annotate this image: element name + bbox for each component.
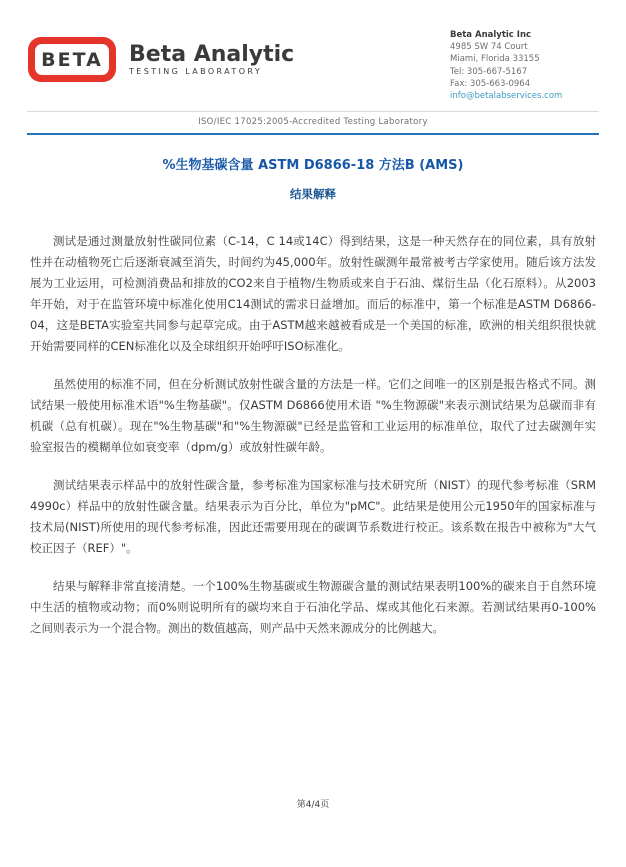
page-footer: 第4/4页 bbox=[0, 797, 626, 810]
paragraph-1: 测试是通过测量放射性碳同位素（C-14，C 14或14C）得到结果，这是一种天然… bbox=[30, 231, 596, 357]
brand-name: Beta Analytic bbox=[129, 43, 294, 67]
accreditation-text: ISO/IEC 17025:2005-Accredited Testing La… bbox=[27, 117, 599, 127]
paragraph-4: 结果与解释非常直接清楚。一个100%生物基碳或生物源碳含量的测试结果表明100%… bbox=[30, 576, 596, 639]
beta-logo-badge-text: BETA bbox=[35, 44, 109, 75]
section-heading: 结果解释 bbox=[0, 186, 626, 202]
contact-address-line1: 4985 SW 74 Court bbox=[450, 41, 600, 53]
page-number: 第4/4页 bbox=[297, 800, 330, 810]
brand-tagline: TESTING LABORATORY bbox=[129, 67, 294, 76]
paragraph-3: 测试结果表示样品中的放射性碳含量，参考标准为国家标准与技术研究所（NIST）的现… bbox=[30, 475, 596, 559]
page-title: %生物基碳含量 ASTM D6866-18 方法B (AMS) bbox=[0, 154, 626, 173]
accreditation-bar: ISO/IEC 17025:2005-Accredited Testing La… bbox=[27, 111, 599, 135]
contact-address-line2: Miami, Florida 33155 bbox=[450, 53, 600, 65]
letterhead: BETA Beta Analytic TESTING LABORATORY Be… bbox=[0, 0, 626, 102]
contact-email-link[interactable]: info@betalabservices.com bbox=[450, 90, 600, 102]
contact-company: Beta Analytic Inc bbox=[450, 29, 600, 41]
paragraph-2: 虽然使用的标准不同，但在分析测试放射性碳含量的方法是一样。它们之间唯一的区别是报… bbox=[30, 374, 596, 458]
contact-block: Beta Analytic Inc 4985 SW 74 Court Miami… bbox=[450, 29, 600, 102]
beta-logo-badge-icon: BETA bbox=[28, 37, 116, 82]
contact-fax: Fax: 305-663-0964 bbox=[450, 78, 600, 90]
brand-wordmark: Beta Analytic TESTING LABORATORY bbox=[129, 43, 294, 76]
beta-logo: BETA Beta Analytic TESTING LABORATORY bbox=[28, 37, 294, 82]
contact-tel: Tel: 305-667-5167 bbox=[450, 66, 600, 78]
document-page: BETA Beta Analytic TESTING LABORATORY Be… bbox=[0, 0, 626, 867]
document-body: 测试是通过测量放射性碳同位素（C-14，C 14或14C）得到结果，这是一种天然… bbox=[0, 202, 626, 639]
